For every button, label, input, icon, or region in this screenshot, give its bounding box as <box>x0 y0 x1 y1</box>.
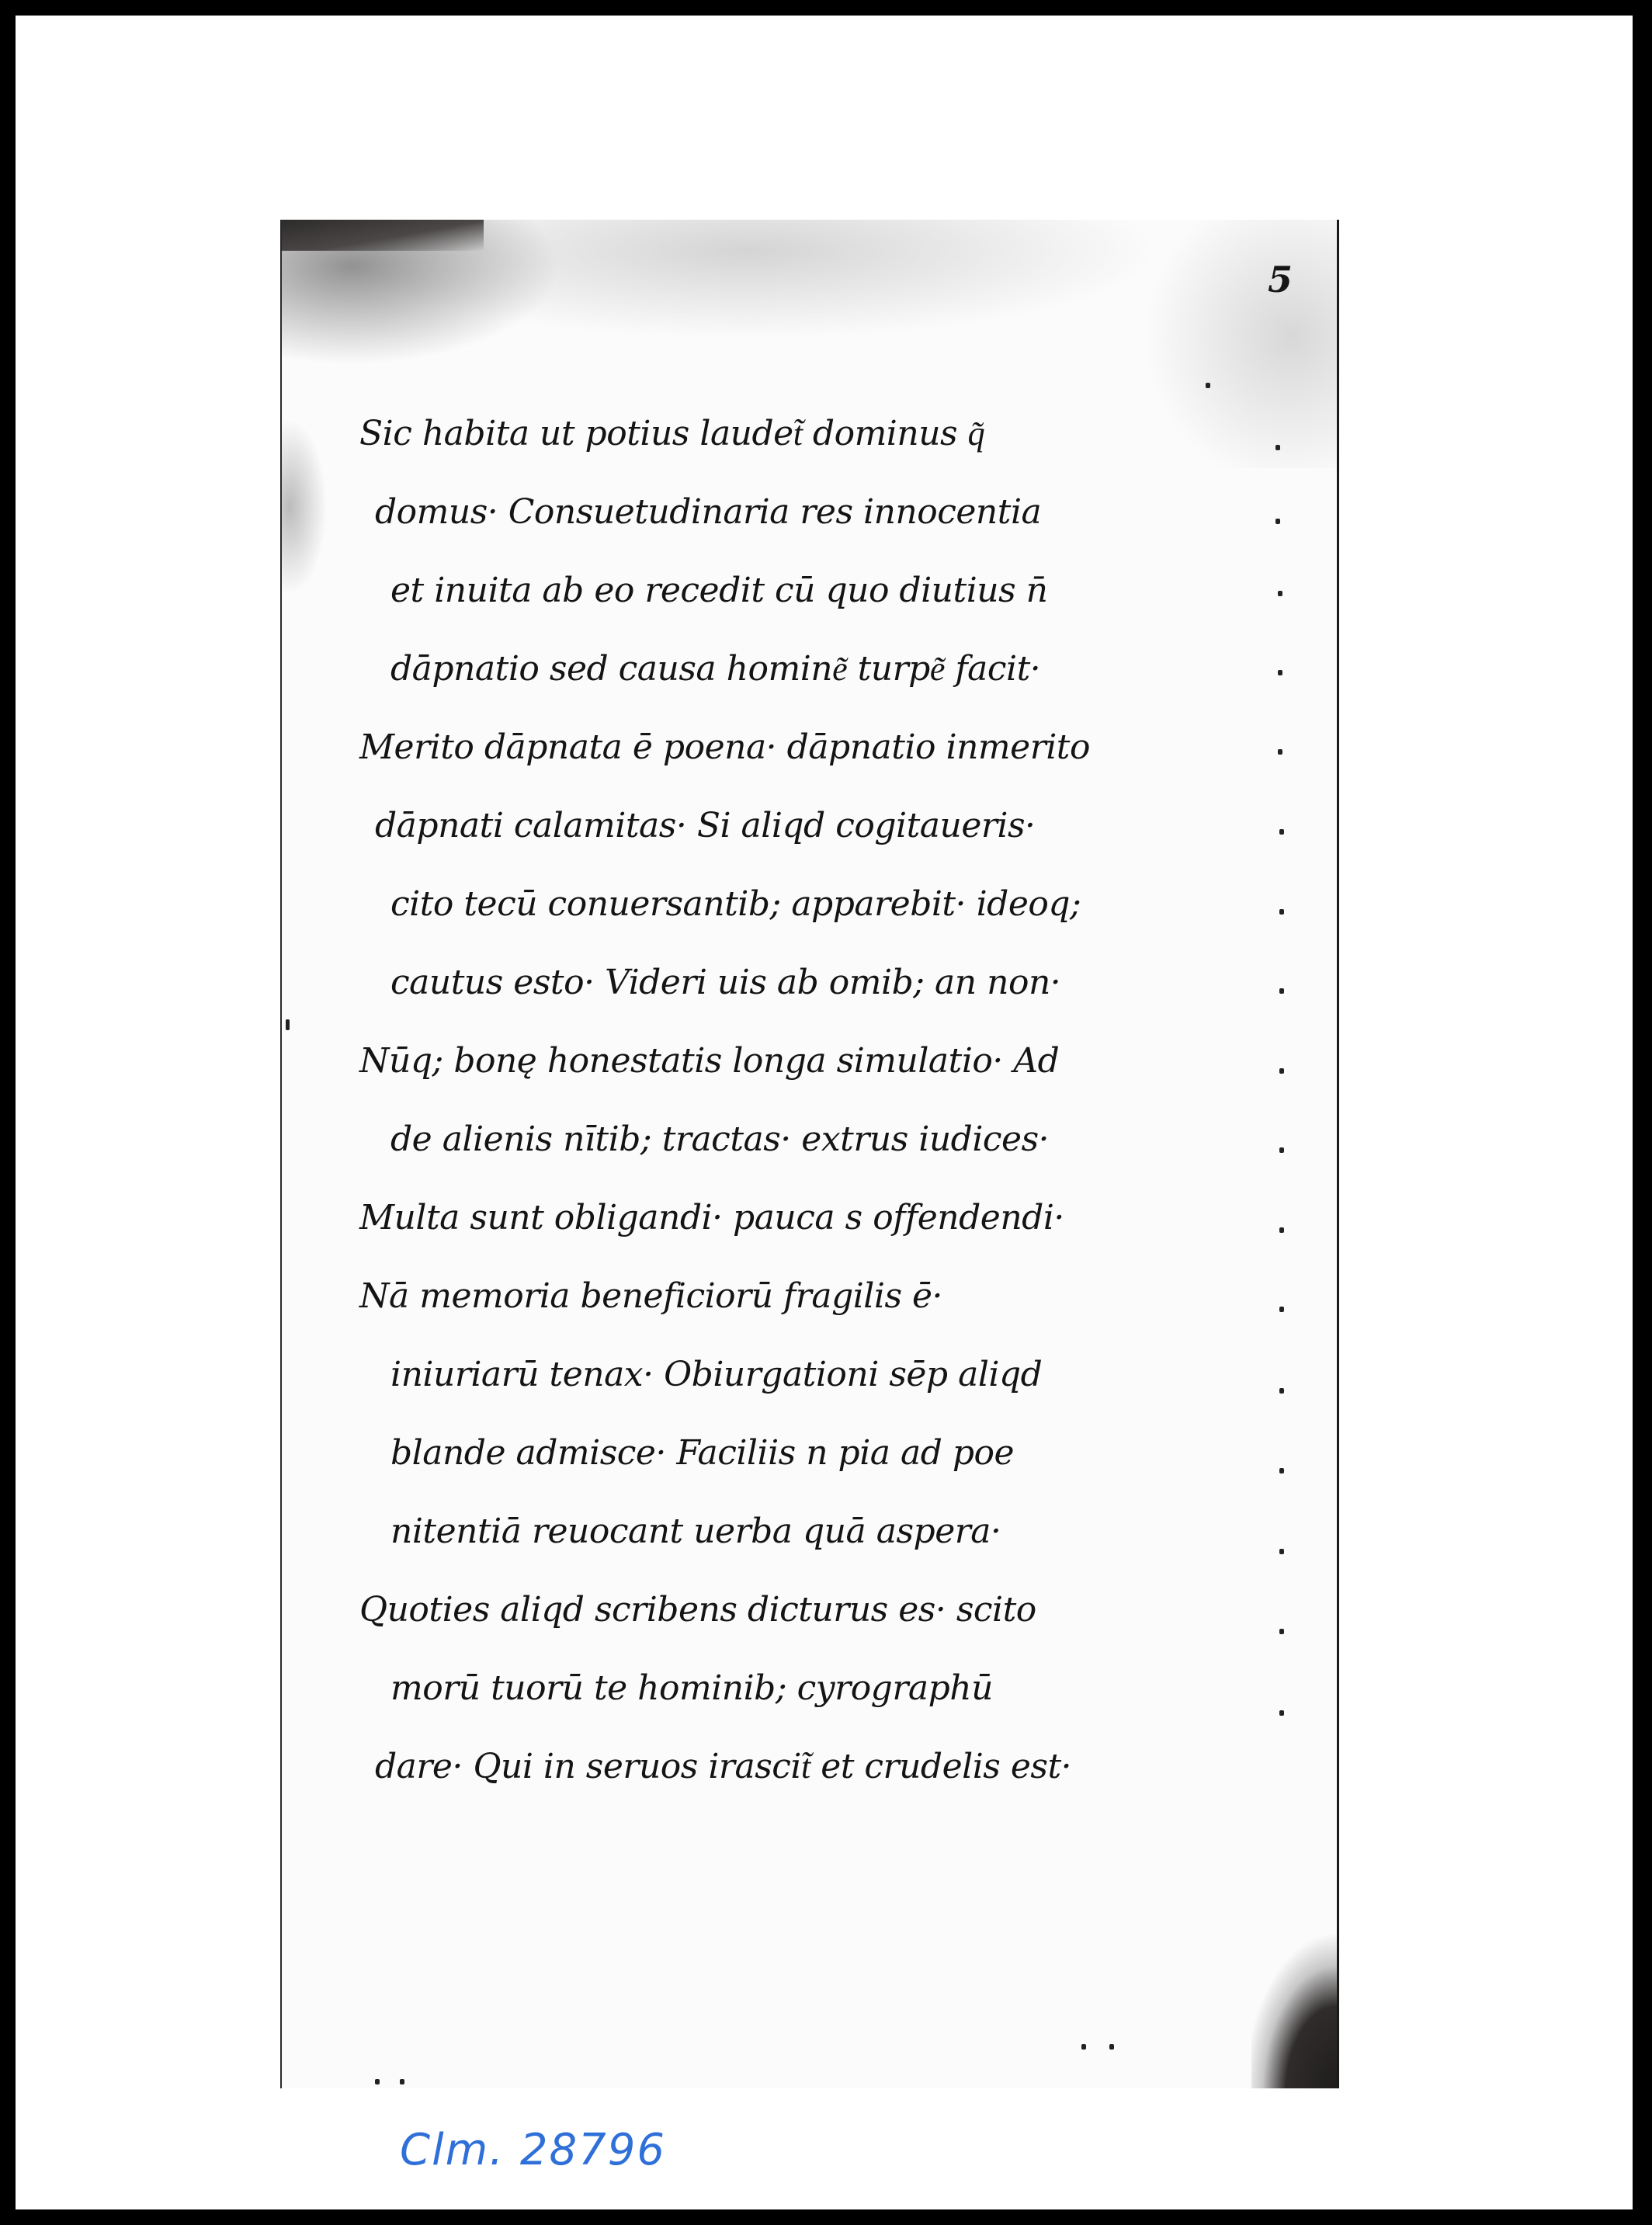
text-line: Nā memoria beneficiorū fragilis ē· <box>359 1257 1182 1335</box>
pricking-mark-icon <box>1109 2044 1114 2050</box>
pricking-mark-icon <box>1279 909 1284 915</box>
pricking-mark-icon <box>1279 1147 1284 1153</box>
pricking-mark-icon <box>286 1019 290 1030</box>
pricking-mark-icon <box>1279 1307 1284 1312</box>
scan-sheet: 5 Sic habita ut potius laudet͂ dominus q… <box>16 16 1633 2209</box>
text-line: Multa sunt obligandi· pauca s offendendi… <box>359 1178 1182 1257</box>
pricking-mark-icon <box>1278 591 1282 596</box>
page-curl-shadow <box>282 220 484 251</box>
text-line: Nūq; bonę honestatis longa simulatio· Ad <box>359 1022 1182 1100</box>
text-line: dāpnati calamitas· Si aliqd cogitaueris· <box>359 786 1182 865</box>
text-line: dāpnatio sed causa homine͂ turpe͂ facit· <box>359 630 1182 708</box>
text-line: iniuriarū tenax· Obiurgationi sēp aliqd <box>359 1335 1182 1414</box>
catalog-shelfmark: Clm. 28796 <box>400 2125 666 2175</box>
pricking-mark-icon <box>1279 1388 1284 1394</box>
manuscript-photo: 5 Sic habita ut potius laudet͂ dominus q… <box>280 220 1339 2088</box>
pricking-mark-icon <box>1278 670 1282 675</box>
pricking-mark-icon <box>1279 1629 1284 1634</box>
text-line: Quoties aliqd scribens dicturus es· scit… <box>359 1571 1182 1649</box>
text-line: morū tuorū te hominib; cyrographū <box>359 1649 1182 1727</box>
thumb-shadow <box>1251 1918 1337 2088</box>
text-line: et inuita ab eo recedit cū quo diutius n… <box>359 551 1182 630</box>
text-line: cito tecū conuersantib; apparebit· ideoq… <box>359 865 1182 943</box>
text-line: dare· Qui in seruos irascit͂ et crudelis… <box>359 1727 1182 1806</box>
text-line: de alienis nītib; tractas· extrus iudice… <box>359 1100 1182 1178</box>
pricking-mark-icon <box>1279 1549 1284 1554</box>
photo-stain-left <box>282 414 328 608</box>
manuscript-text-block: Sic habita ut potius laudet͂ dominus q͂ … <box>359 394 1182 1806</box>
text-line: nitentiā reuocant uerba quā aspera· <box>359 1492 1182 1571</box>
pricking-mark-icon <box>1081 2044 1086 2050</box>
pricking-mark-icon <box>1278 749 1282 755</box>
pricking-mark-icon <box>1279 1068 1284 1074</box>
text-line: cautus esto· Videri uis ab omib; an non· <box>359 943 1182 1022</box>
pricking-mark-icon <box>1279 1710 1284 1716</box>
pricking-mark-icon <box>400 2079 404 2084</box>
text-line: domus· Consuetudinaria res innocentia <box>359 473 1182 551</box>
pricking-mark-icon <box>1279 988 1284 994</box>
text-line: Merito dāpnata ē poena· dāpnatio inmerit… <box>359 708 1182 786</box>
pricking-mark-icon <box>1275 445 1280 450</box>
pricking-mark-icon <box>375 2079 380 2084</box>
folio-number: 5 <box>1268 259 1293 300</box>
text-line: Sic habita ut potius laudet͂ dominus q͂ <box>359 394 1182 473</box>
pricking-mark-icon <box>1279 1468 1284 1473</box>
pricking-mark-icon <box>1275 519 1280 524</box>
text-line: blande admisce· Faciliis n pia ad poe <box>359 1414 1182 1492</box>
pricking-mark-icon <box>1206 383 1210 388</box>
pricking-mark-icon <box>1279 1227 1284 1233</box>
pricking-mark-icon <box>1279 829 1284 835</box>
